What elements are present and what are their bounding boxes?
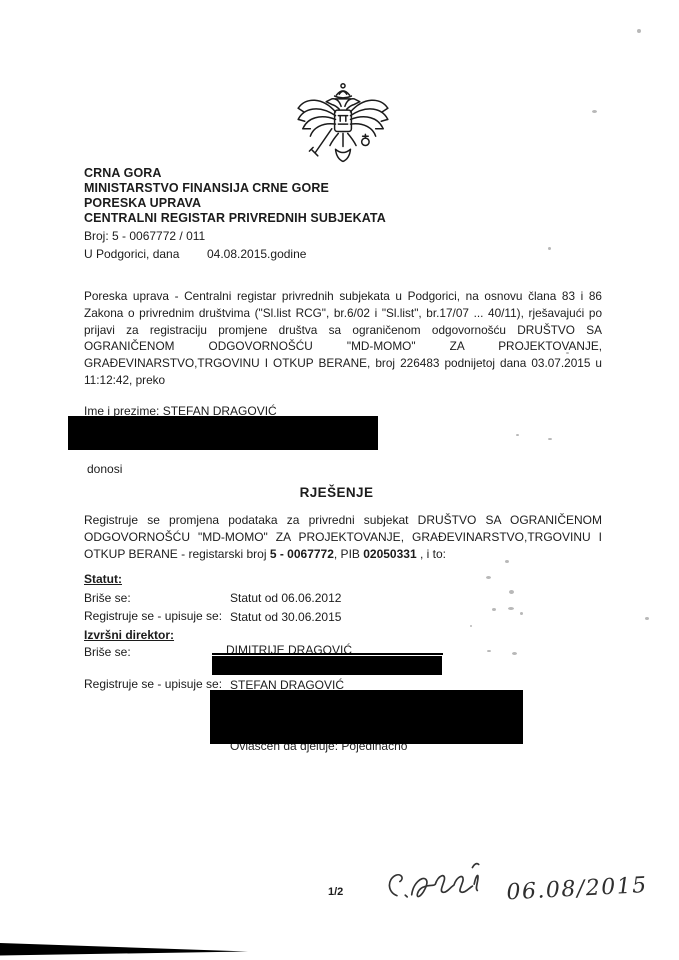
row-value: Statut od 30.06.2015	[230, 610, 341, 624]
place-label: U Podgorici, dana	[84, 247, 179, 261]
org-line: CRNA GORA	[84, 166, 386, 181]
document-date: 04.08.2015.godine	[207, 247, 306, 262]
scanned-document-page: CRNA GORA MINISTARSTVO FINANSIJA CRNE GO…	[0, 0, 679, 960]
registration-text: , PIB	[334, 547, 363, 561]
org-line: CENTRALNI REGISTAR PRIVREDNIH SUBJEKATA	[84, 211, 386, 226]
row-label: Registruje se - upisuje se:	[84, 609, 222, 623]
scan-speck	[508, 607, 514, 610]
scan-speck	[492, 608, 496, 611]
scan-speck	[509, 590, 514, 594]
coat-of-arms-eagle-icon	[287, 82, 399, 168]
scan-speck	[548, 438, 552, 440]
scan-speck	[645, 617, 649, 620]
document-title: RJEŠENJE	[84, 485, 589, 500]
row-label: Registruje se - upisuje se:	[84, 677, 222, 691]
redaction-bar	[68, 416, 378, 450]
scan-speck	[520, 612, 523, 615]
header-block: CRNA GORA MINISTARSTVO FINANSIJA CRNE GO…	[84, 166, 386, 226]
scan-speck	[487, 650, 491, 652]
org-line: PORESKA UPRAVA	[84, 196, 386, 211]
donosi-line: donosi	[87, 462, 122, 477]
scan-speck	[486, 576, 491, 579]
handwritten-signature-icon	[379, 859, 499, 915]
intro-paragraph: Poreska uprava - Centralni registar priv…	[84, 288, 602, 389]
signature-area: 06.08/2015	[379, 851, 649, 915]
registration-paragraph: Registruje se promjena podataka za privr…	[84, 512, 602, 563]
section-heading-direktor: Izvršni direktor:	[84, 628, 174, 642]
scan-speck	[505, 560, 509, 563]
scan-speck	[512, 652, 517, 655]
scan-speck	[516, 434, 519, 436]
scan-speck	[566, 352, 569, 354]
section-heading-statut: Statut:	[84, 572, 122, 586]
row-label: Briše se:	[84, 645, 131, 659]
underline-rule	[212, 653, 443, 655]
scan-speck	[637, 29, 641, 33]
place-date-line: U Podgorici, dana 04.08.2015.godine	[84, 247, 424, 262]
scan-speck	[548, 247, 551, 250]
scan-speck	[470, 625, 472, 627]
redaction-bar	[210, 690, 523, 744]
pib-number: 02050331	[363, 547, 416, 561]
redaction-bar	[212, 656, 442, 675]
row-label: Briše se:	[84, 591, 131, 605]
document-number: Broj: 5 - 0067772 / 011	[84, 229, 205, 244]
registration-text: , i to:	[417, 547, 446, 561]
registration-number: 5 - 0067772	[270, 547, 334, 561]
row-value: Statut od 06.06.2012	[230, 591, 341, 605]
scan-speck	[592, 110, 597, 113]
scan-artifact-wedge	[0, 938, 260, 960]
org-line: MINISTARSTVO FINANSIJA CRNE GORE	[84, 181, 386, 196]
page-number: 1/2	[328, 886, 343, 898]
handwritten-date: 06.08/2015	[506, 875, 649, 908]
